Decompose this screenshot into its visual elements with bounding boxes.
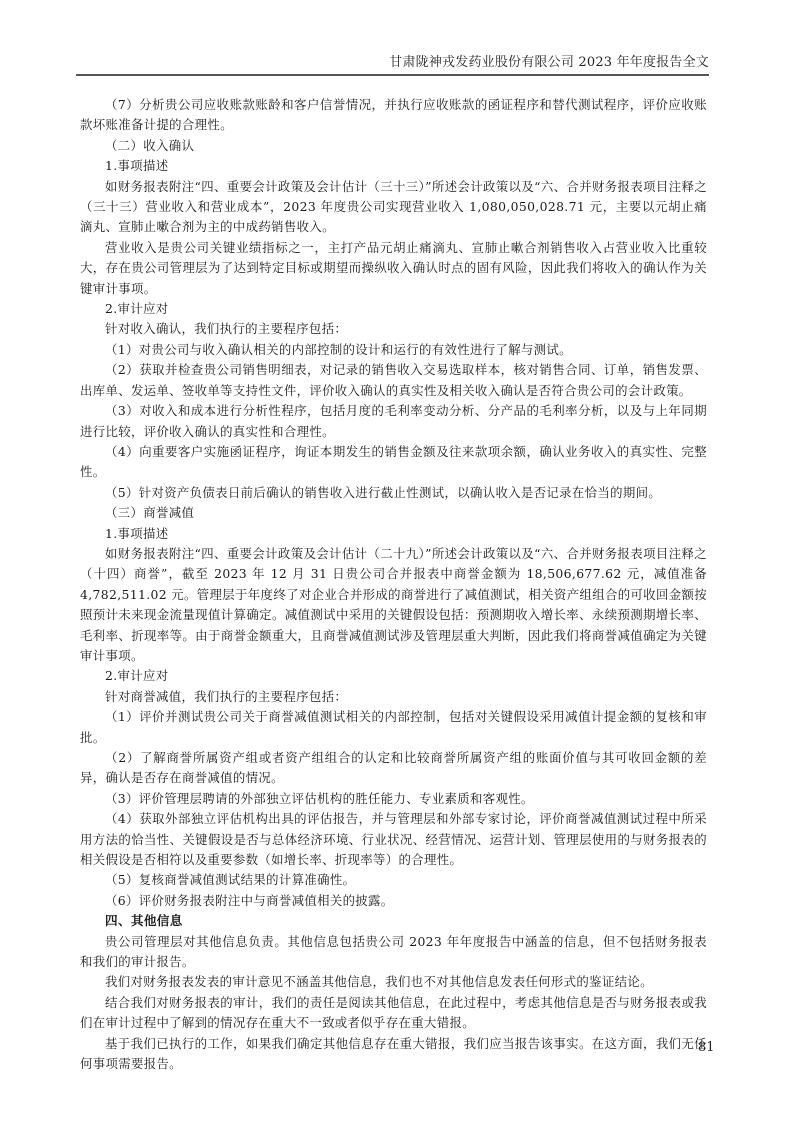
list-item: （1）对贵公司与收入确认相关的内部控制的设计和运行的有效性进行了解与测试。 [80, 340, 707, 360]
list-item: （6）评价财务报表附注中与商誉减值相关的披露。 [80, 891, 707, 911]
paragraph: 如财务报表附注“四、重要会计政策及会计估计（二十九）”所述会计政策以及“六、合并… [80, 544, 707, 666]
document-body: （7）分析贵公司应收账款账龄和客户信誉情况，并执行应收账款的函证程序和替代测试程… [80, 95, 707, 1075]
paragraph: 基于我们已执行的工作，如果我们确定其他信息存在重大错报，我们应当报告该事实。在这… [80, 1034, 707, 1075]
paragraph: 如财务报表附注“四、重要会计政策及会计估计（三十三）”所述会计政策以及“六、合并… [80, 177, 707, 238]
list-item: （1）评价并测试贵公司关于商誉减值测试相关的内部控制，包括对关键假设采用减值计提… [80, 707, 707, 748]
paragraph: 营业收入是贵公司关键业绩指标之一，主打产品元胡止痛滴丸、宣肺止嗽合剂销售收入占营… [80, 238, 707, 299]
paragraph: （7）分析贵公司应收账款账龄和客户信誉情况，并执行应收账款的函证程序和替代测试程… [80, 95, 707, 136]
list-item: （2）了解商誉所属资产组或者资产组组合的认定和比较商誉所属资产组的账面价值与其可… [80, 748, 707, 789]
subsection-heading: 1.事项描述 [80, 156, 707, 176]
paragraph: 针对商誉减值，我们执行的主要程序包括： [80, 687, 707, 707]
paragraph: 贵公司管理层对其他信息负责。其他信息包括贵公司 2023 年年度报告中涵盖的信息… [80, 932, 707, 973]
section-heading: （三）商誉减值 [80, 503, 707, 523]
paragraph: 结合我们对财务报表的审计，我们的责任是阅读其他信息，在此过程中，考虑其他信息是否… [80, 993, 707, 1034]
list-item: （3）对收入和成本进行分析性程序，包括月度的毛利率变动分析、分产品的毛利率分析，… [80, 401, 707, 442]
main-heading-other-info: 四、其他信息 [80, 911, 707, 931]
list-item: （5）复核商誉减值测试结果的计算准确性。 [80, 870, 707, 890]
paragraph: 我们对财务报表发表的审计意见不涵盖其他信息，我们也不对其他信息发表任何形式的鉴证… [80, 972, 707, 992]
list-item: （4）向重要客户实施函证程序，询证本期发生的销售金额及往来款项余额，确认业务收入… [80, 442, 707, 483]
subsection-heading: 2.审计应对 [80, 666, 707, 686]
list-item: （3）评价管理层聘请的外部独立评估机构的胜任能力、专业素质和客观性。 [80, 789, 707, 809]
list-item: （2）获取并检查贵公司销售明细表，对记录的销售收入交易选取样本，核对销售合同、订… [80, 360, 707, 401]
paragraph: 针对收入确认，我们执行的主要程序包括： [80, 319, 707, 339]
list-item: （5）针对资产负债表日前后确认的销售收入进行截止性测试，以确认收入是否记录在恰当… [80, 483, 707, 503]
subsection-heading: 1.事项描述 [80, 524, 707, 544]
page-number: 81 [698, 1040, 715, 1055]
section-heading: （二）收入确认 [80, 136, 707, 156]
header-title: 甘肃陇神戎发药业股份有限公司 2023 年年度报告全文 [389, 51, 709, 70]
list-item: （4）获取外部独立评估机构出具的评估报告，并与管理层和外部专家讨论，评价商誉减值… [80, 809, 707, 870]
subsection-heading: 2.审计应对 [80, 299, 707, 319]
page-header: 甘肃陇神戎发药业股份有限公司 2023 年年度报告全文 [76, 48, 709, 76]
